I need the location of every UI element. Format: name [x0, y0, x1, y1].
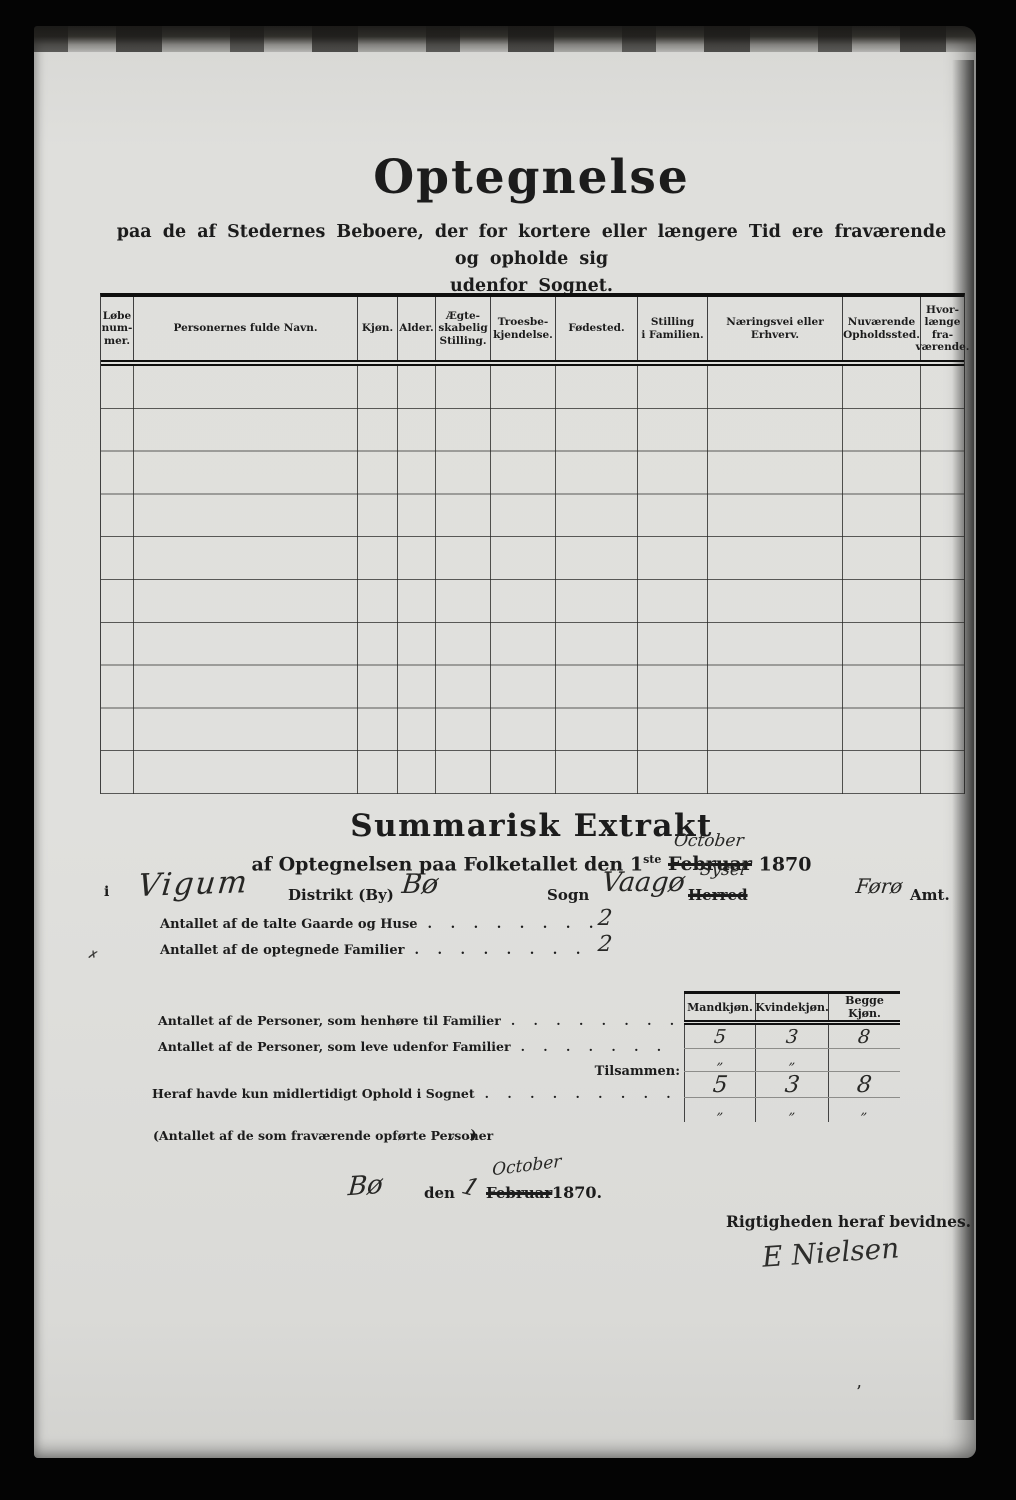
- persons-row-4-label: Heraf havde kun midlertidigt Ophold i So…: [152, 1086, 674, 1101]
- date-den-label: den: [424, 1184, 455, 1202]
- ditto-mark: „: [716, 1103, 724, 1118]
- value-handwritten: 8: [857, 1026, 871, 1048]
- summary-heading: Summarisk Extrakt: [100, 808, 963, 844]
- sex-summary-row-2: „ „: [684, 1049, 900, 1072]
- herred-value-handwritten: Vaagø: [600, 867, 686, 898]
- count-row-familier: Antallet af de optegnede Familier. . . .…: [160, 943, 598, 958]
- col-header-fulde-navn: Personernes fulde Navn.: [134, 297, 358, 360]
- ditto-mark: „: [788, 1103, 796, 1118]
- date-month-struck: Februar: [486, 1184, 552, 1202]
- dotted-leader: . . . . . . . . . . . . . . . . . . . . …: [475, 1086, 674, 1101]
- col-header-stilling-familien: Stilling i Familien.: [638, 297, 708, 360]
- col-header-troesbekjendelse: Troesbe- kjendelse.: [491, 297, 556, 360]
- col-header-beggekjon: Begge Kjøn.: [828, 994, 900, 1020]
- sex-summary-header-row: Mandkjøn. Kvindekjøn. Begge Kjøn.: [684, 991, 900, 1025]
- sex-summary-row-tilsammen: 5 3 8: [684, 1072, 900, 1098]
- date-year: 1870.: [552, 1183, 602, 1202]
- dotted-leader: . . . . . . . . . . . . . . . . . . . .: [404, 943, 598, 958]
- scanned-census-form: Optegnelse paa de af Stedernes Beboere, …: [0, 0, 1016, 1500]
- census-table-header-row: Løbe num- mer. Personernes fulde Navn. K…: [101, 297, 964, 366]
- col-header-aegteskabelig: Ægte- skabelig Stilling.: [436, 297, 491, 360]
- sogn-value-handwritten: Bø: [400, 869, 439, 900]
- bottom-right-ink-mark: ’: [856, 1382, 862, 1403]
- dotted-leader: . . . . . . . . . . . . . . . . . . . . …: [501, 1013, 674, 1028]
- col-header-hvorlaenge: Hvor- længe fra- værende.: [921, 297, 964, 360]
- value-handwritten: 8: [856, 1072, 873, 1098]
- value-handwritten: 3: [785, 1026, 799, 1048]
- sex-summary-row-1: 5 3 8: [684, 1025, 900, 1049]
- paper-ragged-top-edge: [34, 26, 976, 52]
- summary-year: 1870: [759, 853, 812, 875]
- sex-summary-row-4: „ „ „: [684, 1098, 900, 1122]
- tilsammen-label: Tilsammen:: [560, 1064, 680, 1079]
- ditto-mark: „: [860, 1103, 868, 1118]
- persons-row-1-label: Antallet af de Personer, som henhøre til…: [158, 1013, 674, 1028]
- dotted-leader: . . . . . . . . . . . . . . . . . . . . …: [511, 1039, 674, 1054]
- col-header-fodested: Fødested.: [556, 297, 638, 360]
- col-header-kvindekjon: Kvindekjøn.: [755, 994, 828, 1020]
- amt-label: Amt.: [910, 886, 950, 904]
- attestation-text: Rigtigheden heraf bevidnes.: [726, 1212, 971, 1231]
- district-label: Distrikt (By): [288, 886, 394, 904]
- ditto-mark: „: [716, 1053, 724, 1068]
- district-value-handwritten: Vigum: [136, 864, 251, 904]
- census-table: Løbe num- mer. Personernes fulde Navn. K…: [100, 293, 965, 794]
- amt-value-handwritten: Førø: [855, 874, 904, 898]
- count-gaarde-value-handwritten: 2: [597, 906, 614, 931]
- ditto-mark: „: [788, 1053, 796, 1068]
- herred-correction-handwritten: Sysel: [699, 860, 747, 880]
- sogn-label: Sogn: [547, 886, 589, 904]
- value-handwritten: 3: [783, 1072, 800, 1098]
- paren-note-close: .): [466, 1128, 477, 1143]
- col-header-naeringsvei: Næringsvei eller Erhverv.: [708, 297, 843, 360]
- col-header-mandkjon: Mandkjøn.: [684, 994, 755, 1020]
- summary-month-correction-handwritten: October: [673, 831, 745, 851]
- form-title: Optegnelse: [100, 150, 963, 205]
- value-handwritten: 5: [711, 1072, 728, 1098]
- census-table-empty-rows: [101, 366, 964, 794]
- count-familier-value-handwritten: 2: [597, 932, 614, 957]
- date-place-handwritten: Bø: [347, 1170, 384, 1203]
- col-header-lobenummer: Løbe num- mer.: [101, 297, 134, 360]
- paren-note-label: (Antallet af de som fraværende opførte P…: [153, 1128, 493, 1143]
- col-header-kjon: Kjøn.: [358, 297, 398, 360]
- persons-row-2-label: Antallet af de Personer, som leve udenfo…: [158, 1039, 674, 1054]
- sex-summary-table: Mandkjøn. Kvindekjøn. Begge Kjøn. 5 3 8 …: [684, 991, 900, 1122]
- summary-day-suffix: ste: [643, 853, 661, 866]
- value-handwritten: 5: [713, 1026, 727, 1048]
- dotted-leader: . . . . . . . . . . . . . . . . . . . .: [418, 917, 598, 932]
- count-row-gaarde: Antallet af de talte Gaarde og Huse. . .…: [160, 917, 598, 932]
- herred-label-struck: Herred: [688, 886, 748, 904]
- form-subtitle: paa de af Stedernes Beboere, der for kor…: [110, 219, 953, 300]
- field-i-label: i: [104, 884, 109, 900]
- census-table-column-rules: [101, 366, 964, 794]
- col-header-alder: Alder.: [398, 297, 436, 360]
- col-header-opholdssted: Nuværende Opholdssted.: [843, 297, 921, 360]
